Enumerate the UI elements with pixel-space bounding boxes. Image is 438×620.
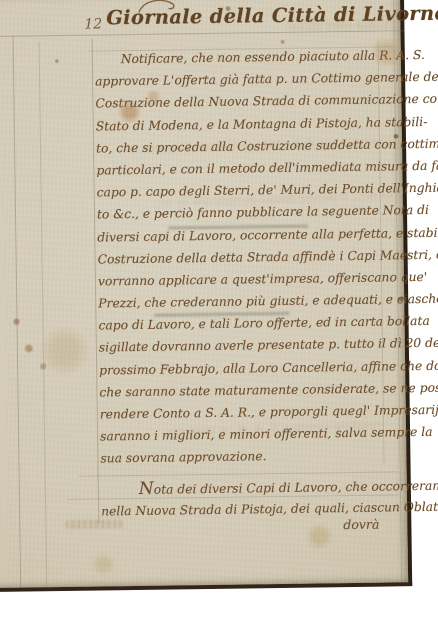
manuscript-paragraph: Nota dei diversi Capi di Lavoro, che occ… xyxy=(101,474,402,523)
manuscript-page: Costruzione della Nuova Strada di commun… xyxy=(0,0,412,592)
ruled-line-horizontal xyxy=(1,30,405,37)
ruled-line-vertical xyxy=(13,36,22,588)
page-content: Costruzione della Nuova Strada di commun… xyxy=(0,0,408,588)
manuscript-line: saranno i migliori, e minori offerenti, … xyxy=(100,422,400,448)
ruled-line-vertical xyxy=(39,41,48,587)
catchword: dovrà xyxy=(343,517,379,533)
manuscript-line: sua sovrana approvazione. xyxy=(100,444,400,470)
page-title: Giornale della Città di Livorno xyxy=(106,3,378,30)
manuscript-text-block: Notificare, che non essendo piaciuto all… xyxy=(95,44,402,522)
scanned-manuscript-photo: Costruzione della Nuova Strada di commun… xyxy=(0,0,438,620)
page-number: 12 xyxy=(84,16,102,32)
